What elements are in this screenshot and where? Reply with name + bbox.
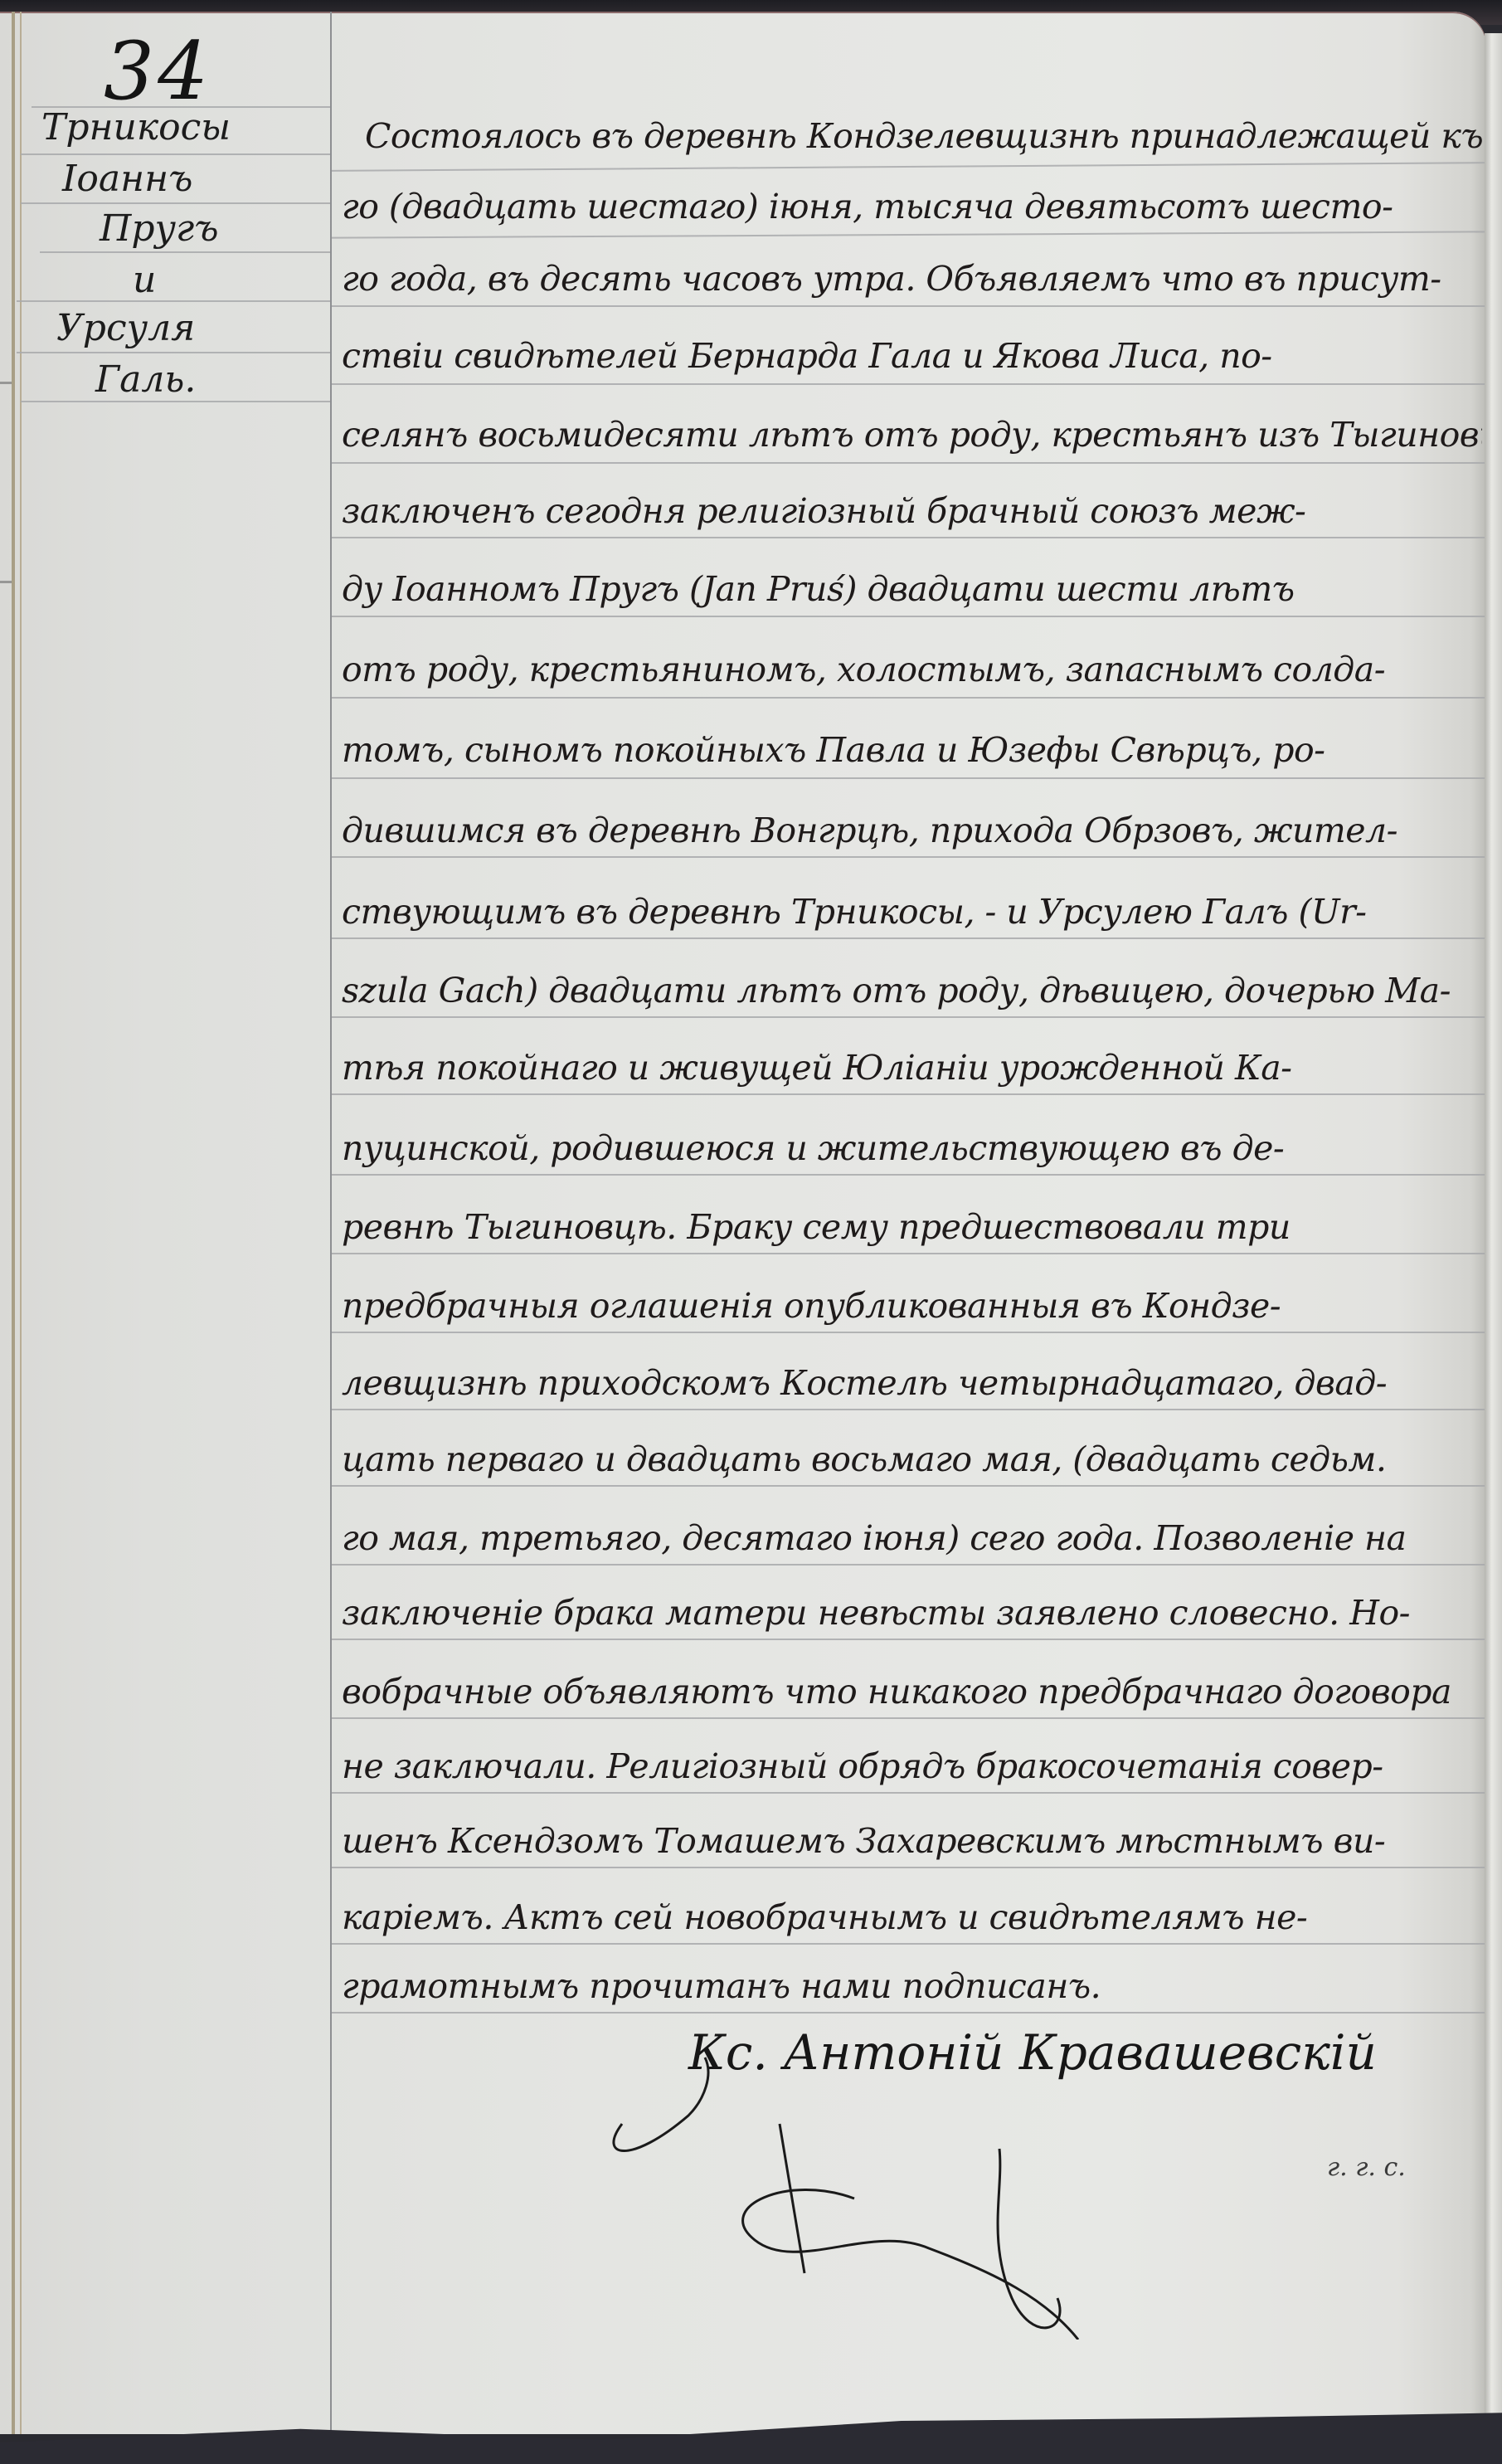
margin-rule: [17, 300, 330, 302]
signature-title: г. г. с.: [1327, 2153, 1406, 2182]
record-line-16: предбрачныя оглашенія опубликованныя въ …: [342, 1286, 1482, 1326]
body-rule: [332, 777, 1485, 779]
body-rule: [332, 1564, 1485, 1566]
record-line-5: селянъ восьмидесяти лѣтъ отъ роду, крест…: [342, 415, 1482, 455]
record-line-14: пуцинской, родившеюся и жительствующею в…: [342, 1128, 1482, 1168]
record-line-8: отъ роду, крестьяниномъ, холостымъ, запа…: [342, 650, 1482, 689]
record-line-9: томъ, сыномъ покойныхъ Павла и Юзефы Свѣ…: [342, 730, 1482, 770]
body-rule: [332, 1717, 1485, 1719]
margin-rule: [21, 202, 330, 204]
record-line-19: го мая, третьяго, десятаго іюня) сего го…: [342, 1518, 1482, 1558]
body-rule: [332, 856, 1485, 858]
body-rule: [332, 1485, 1485, 1487]
margin-groom-first-name: Іоаннъ: [62, 158, 192, 200]
record-line-12: szula Gach) двадцати лѣтъ отъ роду, дѣви…: [342, 971, 1482, 1010]
record-line-17: левщизнѣ приходскомъ Костелѣ четырнадцат…: [342, 1363, 1482, 1403]
body-rule: [332, 462, 1485, 464]
body-rule: [332, 1409, 1485, 1410]
body-rule: [332, 616, 1485, 617]
margin-bride-first-name: Урсуля: [56, 307, 195, 349]
record-line-2: го (двадцать шестаго) іюня, тысяча девят…: [342, 187, 1482, 226]
record-line-10: дившимся въ деревнѣ Вонгрцѣ, прихода Обр…: [342, 811, 1482, 850]
body-rule: [332, 1867, 1485, 1868]
body-rule: [332, 537, 1485, 538]
margin-rule: [21, 401, 330, 402]
record-line-25: грамотнымъ прочитанъ нами подписанъ.: [342, 1966, 1482, 2006]
adjacent-page-mark: [0, 581, 12, 583]
record-line-4: ствіи свидѣтелей Бернарда Гала и Якова Л…: [342, 336, 1482, 376]
record-line-7: ду Іоанномъ Пругъ (Jan Pruś) двадцати ше…: [342, 569, 1482, 609]
record-line-13: тѣя покойнаго и живущей Юліаніи урожденн…: [342, 1048, 1482, 1088]
record-line-22: не заключали. Религіозный обрядъ бракосо…: [342, 1746, 1482, 1786]
margin-rule: [40, 251, 330, 253]
body-rule: [332, 1093, 1485, 1095]
margin-groom-surname: Пругъ: [100, 207, 219, 250]
body-rule: [332, 305, 1485, 307]
body-rule: [332, 937, 1485, 939]
body-rule: [332, 1332, 1485, 1333]
record-line-23: шенъ Ксендзомъ Томашемъ Захаревскимъ мѣс…: [342, 1821, 1482, 1861]
body-rule: [332, 1639, 1485, 1640]
priest-signature: Кс. Антоній Кравашевскій: [688, 2024, 1377, 2081]
record-line-18: цать перваго и двадцать восьмаго мая, (д…: [342, 1439, 1482, 1479]
record-line-15: ревнѣ Тыгиновцѣ. Браку сему предшествова…: [342, 1207, 1482, 1247]
body-rule: [332, 1253, 1485, 1254]
margin-rule: [17, 352, 330, 353]
body-rule: [332, 2012, 1485, 2014]
adjacent-page-mark: [0, 382, 12, 384]
record-line-6: заключенъ сегодня религіозный брачный со…: [342, 491, 1482, 531]
record-line-3: го года, въ десять часовъ утра. Объявляе…: [342, 259, 1482, 299]
body-rule: [332, 1016, 1485, 1018]
page-border-line-inner: [20, 12, 22, 2434]
margin-bride-surname: Галь.: [95, 358, 196, 401]
record-line-24: каріемъ. Актъ сей новобрачнымъ и свидѣте…: [342, 1897, 1482, 1937]
record-line-1: Состоялось въ деревнѣ Кондзелевщизнѣ при…: [365, 116, 1502, 156]
page-border-line: [12, 12, 15, 2434]
record-line-11: ствующимъ въ деревнѣ Трникосы, - и Урсул…: [342, 892, 1482, 932]
margin-conjunction: и: [133, 259, 156, 301]
record-line-21: вобрачные объявляютъ что никакого предбр…: [342, 1672, 1482, 1712]
body-rule: [332, 1943, 1485, 1945]
body-rule: [332, 1792, 1485, 1794]
body-rule: [332, 383, 1485, 385]
body-rule: [332, 1174, 1485, 1176]
margin-column-divider: [330, 12, 332, 2434]
margin-rule: [21, 153, 330, 155]
margin-groom-village: Трникосы: [41, 106, 231, 149]
body-rule: [332, 697, 1485, 699]
page-edge-stack: [1485, 33, 1502, 2431]
record-line-20: заключеніе брака матери невѣсты заявлено…: [342, 1593, 1482, 1633]
entry-number: 34: [104, 25, 211, 118]
